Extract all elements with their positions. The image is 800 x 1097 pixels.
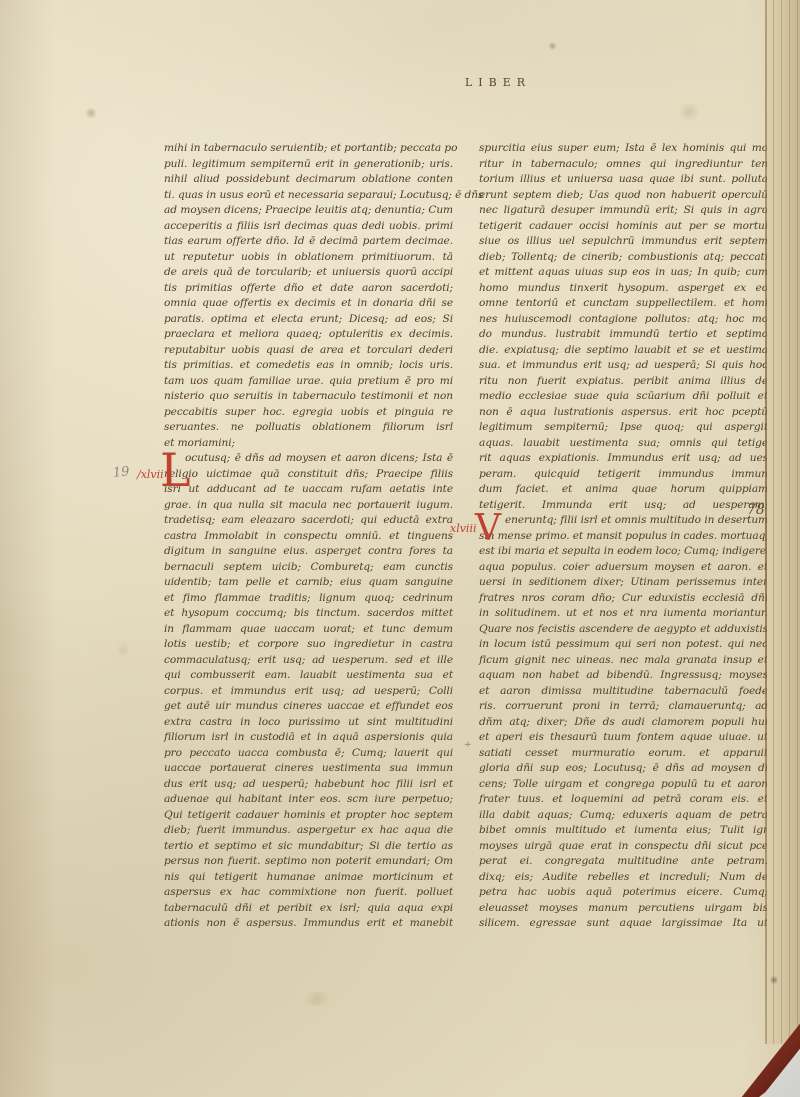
text-line: castra Immolabit in conspectu omniū. et … — [164, 529, 453, 545]
text-line: aquam non habet ad bibendū. Ingressusq; … — [479, 668, 768, 684]
text-line: in flammam quae uaccam uorat; et tunc de… — [164, 622, 453, 638]
text-line: extra castra in loco purissimo ut sint m… — [164, 715, 453, 731]
text-line: bernaculi septem uicib; Comburetq; eam c… — [164, 560, 453, 576]
text-line: ritu non fuerit expiatus. peribit anima … — [479, 374, 768, 390]
text-line: aqua populus. coier aduersum moysen et a… — [479, 560, 768, 576]
parchment-stain — [84, 108, 98, 118]
marginal-critical-mark: ÷ — [464, 740, 472, 750]
text-line: die. expiatusq; die septimo lauabit et s… — [479, 343, 768, 359]
text-line: et aaron dimissa multitudine tabernaculū… — [479, 684, 768, 700]
text-line: praeclara et meliora quaeq; optuleritis … — [164, 327, 453, 343]
text-line: est ibi maria et sepulta in eodem loco; … — [479, 544, 768, 560]
text-line: peram. quicquid tetigerit immundus immun — [479, 467, 768, 483]
text-line: in solitudinem. ut et nos et nra iumenta… — [479, 606, 768, 622]
text-line: aduenae qui habitant inter eos. scm iure… — [164, 792, 453, 808]
text-line: erunt septem dieb; Uas quod non habuerit… — [479, 188, 768, 204]
text-line: corpus. et immundus erit usq; ad uesperū… — [164, 684, 453, 700]
text-line: grae. in qua nulla sit macula nec portau… — [164, 498, 453, 514]
text-line: gloria dñi sup eos; Locutusq; ē dñs ad m… — [479, 761, 768, 777]
text-line: satiati cesset murmuratio eorum. et appa… — [479, 746, 768, 762]
text-line: commaculatusq; erit usq; ad uesperum. se… — [164, 653, 453, 669]
text-line: illa dabit aquas; Cumq; eduxeris aquam d… — [479, 808, 768, 824]
text-line: pro peccato uacca combusta ē; Cumq; laue… — [164, 746, 453, 762]
text-line: tertio et septimo et sic mundabitur; Si … — [164, 839, 453, 855]
text-line: omne tentoriū et cunctam suppellectilem.… — [479, 296, 768, 312]
text-line: puli. legitimum sempiternū erit in gener… — [164, 157, 453, 173]
bottom-right-corner — [738, 1019, 800, 1097]
text-line: tis primitias offerte dño et date aaron … — [164, 281, 453, 297]
text-line: dñm atq; dixer; Dñe ds audi clamorem pop… — [479, 715, 768, 731]
text-line: et aperi eis thesaurū tuum fontem aquae … — [479, 730, 768, 746]
text-line: persus non fuerit. septimo non poterit e… — [164, 854, 453, 870]
text-line: reputabitur uobis quasi de area et torcu… — [164, 343, 453, 359]
text-line: petra hac uobis aquā poterimus eicere. C… — [479, 885, 768, 901]
text-line: rit aquas expiationis. Immundus erit usq… — [479, 451, 768, 467]
text-line: paratis. optima et electa erunt; Dicesq;… — [164, 312, 453, 328]
text-line: torium illius et uniuersa uasa quae ibi … — [479, 172, 768, 188]
text-line: tetigerit. Immunda erit usq; ad uesperam… — [479, 498, 768, 514]
text-line: de areis quā de torcularib; et uniuersis… — [164, 265, 453, 281]
text-line: isrl ut adducant ad te uaccam rufam aeta… — [164, 482, 453, 498]
text-line: sua. et immundus erit usq; ad uesperā; S… — [479, 358, 768, 374]
text-line: medio ecclesiae suae quia scūarium dñi p… — [479, 389, 768, 405]
text-line: et moriamini; — [164, 436, 453, 452]
text-line: ris. corruerunt proni in terrā; clamauer… — [479, 699, 768, 715]
text-line: ti. quas in usus eorū et necessaria sepa… — [164, 188, 453, 204]
text-line: dum faciet. et anima quae horum quippiam — [479, 482, 768, 498]
text-line: Quare nos fecistis ascendere de aegypto … — [479, 622, 768, 638]
text-line: nisterio quo seruitis in tabernaculo tes… — [164, 389, 453, 405]
text-line: ad moysen dicens; Praecipe leuitis atq; … — [164, 203, 453, 219]
text-line: ficum gignit nec uineas. nec mala granat… — [479, 653, 768, 669]
text-line: nihil aliud possidebunt decimarum oblati… — [164, 172, 453, 188]
text-line: et hysopum coccumq; bis tinctum. sacerdo… — [164, 606, 453, 622]
text-line: et mittent aquas uiuas sup eos in uas; I… — [479, 265, 768, 281]
text-line: tetigerit cadauer occisi hominis aut per… — [479, 219, 768, 235]
page-title: LIBER — [438, 76, 558, 89]
parchment-stain — [118, 640, 128, 660]
text-line: seruantes. ne polluatis oblationem filio… — [164, 420, 453, 436]
text-line: dus erit usq; ad uesperū; habebunt hoc f… — [164, 777, 453, 793]
text-line: Qui tetigerit cadauer hominis et propter… — [164, 808, 453, 824]
text-line: moyses uirgā quae erat in conspectu dñi … — [479, 839, 768, 855]
text-line: dixq; eis; Audite rebelles et increduli;… — [479, 870, 768, 886]
text-line: dieb; Tollentq; de cinerib; combustionis… — [479, 250, 768, 266]
text-line: tis primitias. et comedetis eas in omnib… — [164, 358, 453, 374]
text-line: aquas. lauabit uestimenta sua; omnis qui… — [479, 436, 768, 452]
parchment-stain — [548, 42, 557, 50]
text-line: mihi in tabernaculo seruientib; et porta… — [164, 141, 453, 157]
red-initial-V: V — [475, 511, 501, 547]
manuscript-page: LIBER 19 /xlvii xlviii 78 ÷ mihi in tabe… — [0, 0, 800, 1097]
text-line: religio uictimae quā constituit dñs; Pra… — [164, 467, 453, 483]
red-initial-L: L — [160, 447, 190, 493]
text-line: spurcitia eius super eum; Ista ē lex hom… — [479, 141, 768, 157]
text-line: ut reputetur uobis in oblationem primiti… — [164, 250, 453, 266]
text-line: nis qui tetigerit humanae animae mortici… — [164, 870, 453, 886]
text-line: dieb; fuerit immundus. aspergetur ex hac… — [164, 823, 453, 839]
text-line: uidentib; tam pelle et carnib; eius quam… — [164, 575, 453, 591]
pencil-chapter-number: 19 — [112, 464, 130, 481]
text-line: omnia quae offertis ex decimis et in don… — [164, 296, 453, 312]
text-line: in locum istū pessimum qui seri non pote… — [479, 637, 768, 653]
text-line: bibet omnis multitudo et iumenta eius; T… — [479, 823, 768, 839]
text-line: legitimum sempiternū; Ipse quoq; qui asp… — [479, 420, 768, 436]
text-line: sin mense primo. et mansit populus in ca… — [479, 529, 768, 545]
book-fore-edge — [767, 0, 800, 1044]
text-column-left: mihi in tabernaculo seruientib; et porta… — [164, 141, 453, 932]
text-column-right: spurcitia eius super eum; Ista ē lex hom… — [479, 141, 768, 932]
text-line: frater tuus. et loquemini ad petrā coram… — [479, 792, 768, 808]
text-line: ationis non ē aspersus. Immundus erit et… — [164, 916, 453, 932]
text-line: tam uos quam familiae urae. quia pretium… — [164, 374, 453, 390]
chapter-number-red-right: xlviii — [450, 522, 477, 535]
text-line: perat ei. congregata multitudine ante pe… — [479, 854, 768, 870]
text-line: siue os illius uel sepulchrū immundus er… — [479, 234, 768, 250]
text-line: nec ligaturā desuper immundū erit; Si qu… — [479, 203, 768, 219]
text-line: qui combusserit eam. lauabit uestimenta … — [164, 668, 453, 684]
text-line: tradetisq; eam eleazaro sacerdoti; qui e… — [164, 513, 453, 529]
text-line: tias earum offerte dño. Id ē decimā part… — [164, 234, 453, 250]
text-line: acceperitis a filiis isrl decimas quas d… — [164, 219, 453, 235]
text-line: uersi in seditionem dixer; Utinam periss… — [479, 575, 768, 591]
parchment-stain — [300, 992, 334, 1006]
text-line: digitum in sanguine eius. asperget contr… — [164, 544, 453, 560]
text-line: non ē aqua lustrationis aspersus. erit h… — [479, 405, 768, 421]
text-line: tabernaculū dñi et peribit ex isrl; quia… — [164, 901, 453, 917]
text-line: lotis uestib; et corpore suo ingredietur… — [164, 637, 453, 653]
text-line: cens; Tolle uirgam et congrega populū tu… — [479, 777, 768, 793]
text-line: get autē uir mundus cineres uaccae et ef… — [164, 699, 453, 715]
text-line: ritur in tabernaculo; omnes qui ingrediu… — [479, 157, 768, 173]
text-line: homo mundus tinxerit hysopum. asperget e… — [479, 281, 768, 297]
text-line: nes huiuscemodi contagione pollutos: atq… — [479, 312, 768, 328]
text-line: et fimo flammae traditis; lignum quoq; c… — [164, 591, 453, 607]
text-line: uaccae portauerat cineres uestimenta sua… — [164, 761, 453, 777]
text-line: aspersus ex hac commixtione non fuerit. … — [164, 885, 453, 901]
text-line: eleuasset moyses manum percutiens uirgam… — [479, 901, 768, 917]
text-line: ocutusq; ē dñs ad moysen et aaron dicens… — [164, 451, 453, 467]
text-line: eneruntq; filii isrl et omnis multitudo … — [479, 513, 768, 529]
text-line: filiorum isrl in custodiā et in aquā asp… — [164, 730, 453, 746]
parchment-stain — [676, 104, 702, 120]
text-line: silicem. egressae sunt aquae largissimae… — [479, 916, 768, 932]
text-line: do mundus. lustrabit immundū tertio et s… — [479, 327, 768, 343]
text-line: peccabitis super hoc. egregia uobis et p… — [164, 405, 453, 421]
text-line: fratres nros coram dño; Cur eduxistis ec… — [479, 591, 768, 607]
